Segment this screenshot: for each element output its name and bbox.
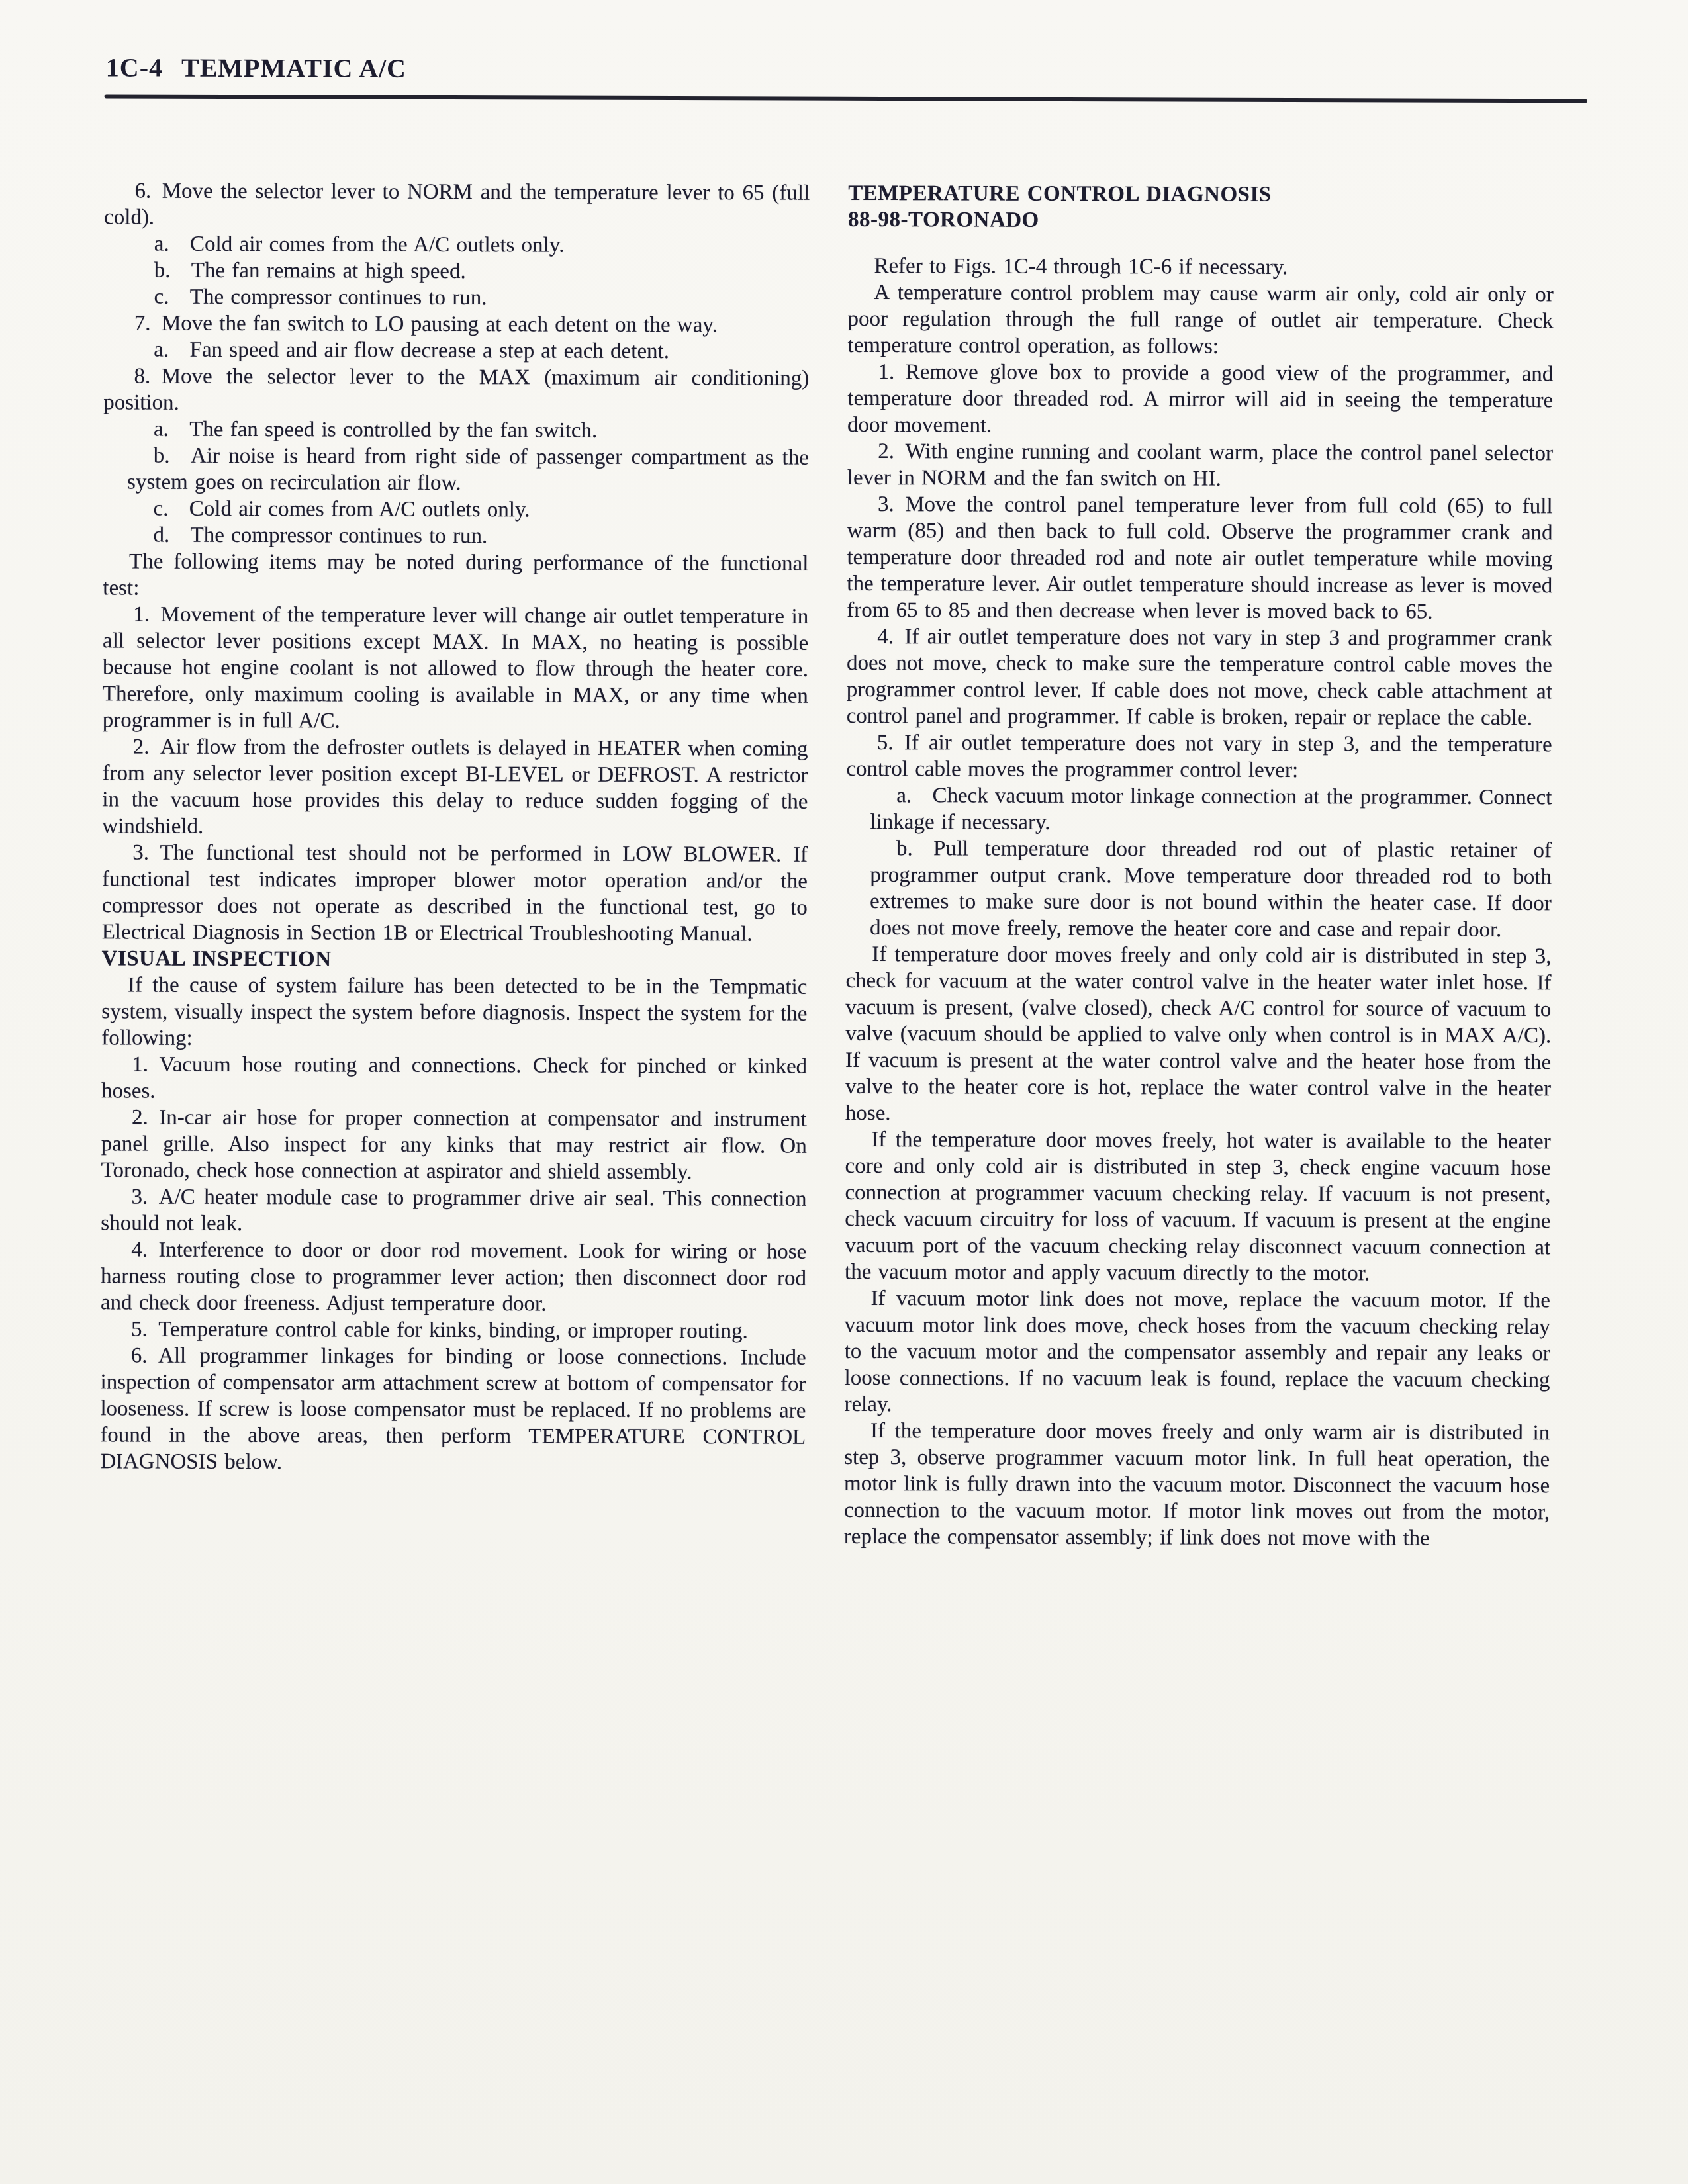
list-item: 1.Vacuum hose routing and connections. C… (101, 1051, 807, 1106)
paragraph-text: If the cause of system failure has been … (101, 973, 807, 1050)
item-marker: 7. (134, 312, 162, 336)
paragraph: If the cause of system failure has been … (101, 972, 807, 1053)
item-marker: 5. (131, 1318, 158, 1342)
paragraph-text: If temperature door moves freely and onl… (845, 942, 1552, 1125)
list-item: 2.Air flow from the defroster outlets is… (102, 733, 808, 841)
item-marker: 2. (132, 1106, 159, 1130)
paragraph-text: A temperature control problem may cause … (847, 281, 1553, 359)
paragraph: A temperature control problem may cause … (847, 279, 1553, 361)
list-subitem: b.The fan remains at high speed. (128, 257, 810, 285)
list-subitem: c.Cold air comes from A/C outlets only. (127, 495, 809, 523)
item-text: With engine running and coolant warm, pl… (847, 439, 1553, 490)
paragraph: If temperature door moves freely and onl… (845, 941, 1552, 1128)
paragraph-text: Refer to Figs. 1C-4 through 1C-6 if nece… (874, 254, 1288, 279)
item-text: Air noise is heard from right side of pa… (127, 444, 809, 495)
list-subitem: a.Fan speed and air flow decrease a step… (128, 336, 810, 365)
list-item: 3.The functional test should not be perf… (102, 839, 808, 947)
item-marker: a. (154, 418, 189, 441)
item-text: Move the fan switch to LO pausing at eac… (162, 312, 718, 338)
item-marker: a. (896, 784, 932, 807)
item-marker: b. (896, 837, 933, 860)
item-text: Temperature control cable for kinks, bin… (158, 1318, 748, 1343)
list-item: 5.Temperature control cable for kinks, b… (101, 1316, 806, 1344)
item-text: Fan speed and air flow decrease a step a… (190, 338, 670, 363)
list-item: 1.Remove glove box to provide a good vie… (847, 359, 1553, 440)
item-text: Cold air comes from the A/C outlets only… (190, 232, 564, 257)
item-marker: 8. (134, 365, 161, 388)
item-text: The compressor continues to run. (190, 285, 487, 310)
item-text: If air outlet temperature does not vary … (846, 731, 1552, 782)
item-marker: d. (153, 523, 190, 547)
list-item: 7.Move the fan switch to LO pausing at e… (104, 310, 810, 338)
item-text: Air flow from the defroster outlets is d… (102, 735, 808, 839)
item-marker: 4. (131, 1238, 158, 1262)
list-item: 3.A/C heater module case to programmer d… (101, 1183, 806, 1238)
list-item: 4.Interference to door or door rod movem… (101, 1236, 806, 1318)
item-marker: 3. (132, 1185, 159, 1209)
item-marker: 2. (878, 439, 905, 463)
list-item: 2.With engine running and coolant warm, … (847, 438, 1553, 493)
item-marker: b. (154, 444, 191, 468)
item-text: Check vacuum motor linkage connection at… (870, 784, 1552, 835)
list-subitem: a.The fan speed is controlled by the fan… (127, 416, 809, 444)
list-subitem: a.Check vacuum motor linkage connection … (870, 782, 1552, 837)
paragraph-text: If the temperature door moves freely, ho… (845, 1128, 1551, 1285)
page-header: 1C-4TEMPMATIC A/C (106, 52, 406, 83)
list-subitem: a.Cold air comes from the A/C outlets on… (128, 230, 810, 259)
item-text: A/C heater module case to programmer dri… (101, 1185, 806, 1236)
item-text: Pull temperature door threaded rod out o… (870, 837, 1552, 942)
item-text: Vacuum hose routing and connections. Che… (101, 1053, 807, 1103)
item-text: The functional test should not be perfor… (102, 841, 808, 946)
item-marker: 6. (131, 1344, 158, 1368)
item-text: Interference to door or door rod movemen… (101, 1238, 806, 1316)
item-marker: 3. (132, 841, 160, 865)
item-marker: 3. (878, 492, 905, 516)
list-item: 6.All programmer linkages for binding or… (100, 1342, 806, 1477)
section-heading-line1: TEMPERATURE CONTROL DIAGNOSIS (848, 180, 1554, 208)
paragraph: If the temperature door moves freely and… (844, 1418, 1550, 1552)
list-item: 5.If air outlet temperature does not var… (846, 729, 1552, 784)
paragraph-text: If vacuum motor link does not move, repl… (844, 1287, 1550, 1416)
item-marker: c. (154, 285, 190, 309)
paragraph: If the temperature door moves freely, ho… (845, 1126, 1551, 1287)
list-subitem: b.Pull temperature door threaded rod out… (870, 835, 1552, 943)
list-subitem: c.The compressor continues to run. (128, 283, 810, 312)
item-marker: 2. (133, 735, 160, 759)
item-text: All programmer linkages for binding or l… (100, 1344, 806, 1475)
item-marker: a. (154, 232, 190, 256)
paragraph-text: The following items may be noted during … (103, 549, 808, 600)
page-title: TEMPMATIC A/C (181, 53, 406, 83)
item-text: Move the selector lever to the MAX (maxi… (103, 365, 809, 415)
paragraph: If vacuum motor link does not move, repl… (844, 1285, 1550, 1420)
item-text: If air outlet temperature does not vary … (847, 625, 1552, 730)
left-column: 6.Move the selector lever to NORM and th… (100, 177, 810, 1477)
list-item: 4.If air outlet temperature does not var… (847, 623, 1552, 731)
list-item: 6.Move the selector lever to NORM and th… (104, 177, 810, 232)
two-column-text: 6.Move the selector lever to NORM and th… (100, 177, 1554, 1552)
item-text: The fan remains at high speed. (191, 259, 466, 283)
item-marker: 1. (878, 360, 905, 384)
list-item: 8.Move the selector lever to the MAX (ma… (103, 363, 809, 418)
item-marker: b. (154, 259, 191, 283)
scanned-sheet: 1C-4TEMPMATIC A/C 6.Move the selector le… (0, 0, 1688, 2184)
list-subitem: d.The compressor continues to run. (127, 522, 809, 550)
item-text: Cold air comes from A/C outlets only. (189, 497, 530, 522)
section-heading-line2: 88-98-TORONADO (848, 206, 1554, 235)
item-text: In-car air hose for proper connection at… (101, 1106, 807, 1185)
item-text: The fan speed is controlled by the fan s… (189, 418, 597, 443)
item-text: The compressor continues to run. (191, 523, 488, 548)
section-heading-visual-inspection: VISUAL INSPECTION (102, 945, 808, 974)
list-item: 2.In-car air hose for proper connection … (101, 1104, 807, 1185)
item-text: Move the control panel temperature lever… (847, 492, 1553, 624)
paragraph: Refer to Figs. 1C-4 through 1C-6 if nece… (848, 253, 1554, 281)
item-marker: c. (154, 497, 189, 521)
paragraph: The following items may be noted during … (103, 548, 808, 603)
item-text: Movement of the temperature lever will c… (103, 603, 809, 733)
list-item: 3.Move the control panel temperature lev… (847, 491, 1553, 625)
item-marker: 6. (134, 179, 162, 203)
list-item: 1.Movement of the temperature lever will… (103, 601, 809, 735)
list-subitem: b.Air noise is heard from right side of … (127, 442, 809, 497)
item-text: Remove glove box to provide a good view … (847, 360, 1553, 437)
item-marker: 1. (132, 1053, 159, 1077)
header-rule (105, 94, 1587, 103)
item-text: Move the selector lever to NORM and the … (104, 179, 810, 230)
item-marker: 5. (877, 731, 904, 754)
item-marker: 1. (133, 603, 160, 627)
item-marker: a. (154, 338, 189, 362)
paragraph-text: If the temperature door moves freely and… (844, 1419, 1550, 1551)
page-number: 1C-4 (106, 52, 163, 82)
section-heading-temperature-control-diagnosis: TEMPERATURE CONTROL DIAGNOSIS 88-98-TORO… (848, 180, 1554, 235)
item-marker: 4. (877, 625, 904, 649)
manual-page: 1C-4TEMPMATIC A/C 6.Move the selector le… (0, 0, 1688, 2184)
right-column: TEMPERATURE CONTROL DIAGNOSIS 88-98-TORO… (844, 180, 1554, 1552)
